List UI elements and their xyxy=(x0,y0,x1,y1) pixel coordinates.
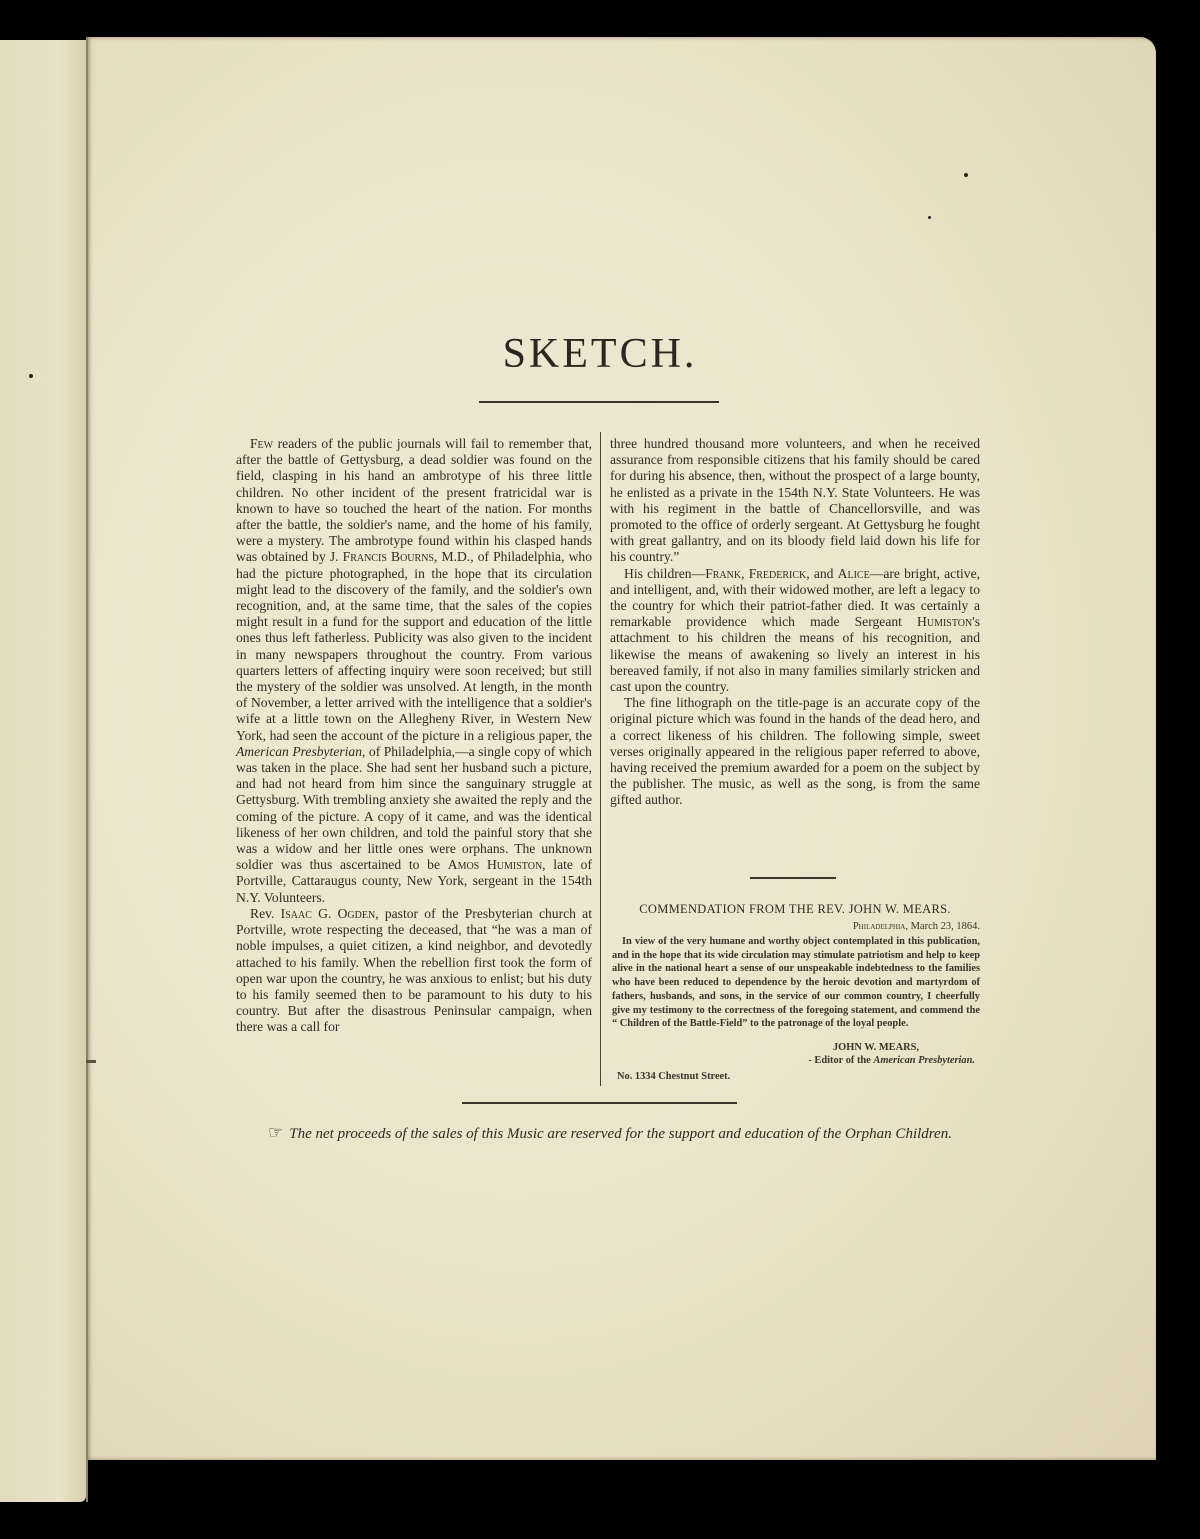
paragraph: Few readers of the public journals will … xyxy=(236,436,592,906)
column-divider xyxy=(600,432,601,1086)
commendation-dateline: Philadelphia, March 23, 1864. xyxy=(605,921,980,932)
person-name: Humiston xyxy=(917,614,972,629)
text: , of Philadelphia,—a single copy of whic… xyxy=(236,744,592,872)
person-name: Frank xyxy=(705,566,741,581)
pointing-hand-icon: ☞ xyxy=(268,1123,283,1142)
text: , xyxy=(741,566,749,581)
drop-lead: Few xyxy=(250,436,273,451)
person-name: Isaac G. Ogden xyxy=(281,906,376,921)
ink-speck xyxy=(964,173,968,177)
text: The fine lithograph on the title-page is… xyxy=(610,695,980,807)
text: His children— xyxy=(624,566,705,581)
commendation-signature: JOHN W. MEARS, - Editor of the American … xyxy=(605,1042,975,1066)
right-column: three hundred thousand more volunteers, … xyxy=(610,436,980,809)
date: , March 23, 1864. xyxy=(905,921,980,932)
paragraph: His children—Frank, Frederick, and Alice… xyxy=(610,566,980,696)
signature-name: JOHN W. MEARS, xyxy=(605,1042,975,1053)
commendation-heading: COMMENDATION FROM THE REV. JOHN W. MEARS… xyxy=(605,902,985,917)
text: , M.D., of Philadelphia, who had the pic… xyxy=(236,549,592,742)
title-rule xyxy=(479,401,719,403)
left-column: Few readers of the public journals will … xyxy=(236,436,592,1036)
ink-speck xyxy=(928,216,931,219)
text: - Editor of the xyxy=(808,1055,873,1066)
facing-page xyxy=(0,40,86,1502)
section-rule xyxy=(750,877,836,879)
commendation-body: In view of the very humane and worthy ob… xyxy=(612,935,980,1031)
margin-mark xyxy=(86,1060,96,1063)
place: Philadelphia xyxy=(853,921,906,932)
page-gutter xyxy=(86,37,88,1502)
paragraph: three hundred thousand more volunteers, … xyxy=(610,436,980,566)
footer-rule xyxy=(462,1102,737,1104)
text: , and xyxy=(806,566,837,581)
person-name: Frederick xyxy=(749,566,807,581)
text: three hundred thousand more volunteers, … xyxy=(610,436,980,564)
commendation-address: No. 1334 Chestnut Street. xyxy=(617,1071,730,1082)
page-title: SKETCH. xyxy=(0,330,1200,378)
paragraph: In view of the very humane and worthy ob… xyxy=(612,935,980,1031)
text: Rev. xyxy=(250,906,281,921)
publication-title: American Presbyterian. xyxy=(873,1055,975,1066)
text: readers of the public journals will fail… xyxy=(236,436,592,564)
footer-text: The net proceeds of the sales of this Mu… xyxy=(289,1126,952,1142)
signature-role: - Editor of the American Presbyterian. xyxy=(605,1055,975,1066)
person-name: Alice xyxy=(838,566,870,581)
footer-note: ☞The net proceeds of the sales of this M… xyxy=(250,1123,970,1144)
person-name: Amos Humiston xyxy=(448,857,542,872)
paragraph: The fine lithograph on the title-page is… xyxy=(610,695,980,808)
text: , pastor of the Presbyterian church at P… xyxy=(236,906,592,1034)
paragraph: Rev. Isaac G. Ogden, pastor of the Presb… xyxy=(236,906,592,1036)
publication-title: American Presbyterian xyxy=(236,744,362,759)
person-name: Francis Bourns xyxy=(343,549,434,564)
